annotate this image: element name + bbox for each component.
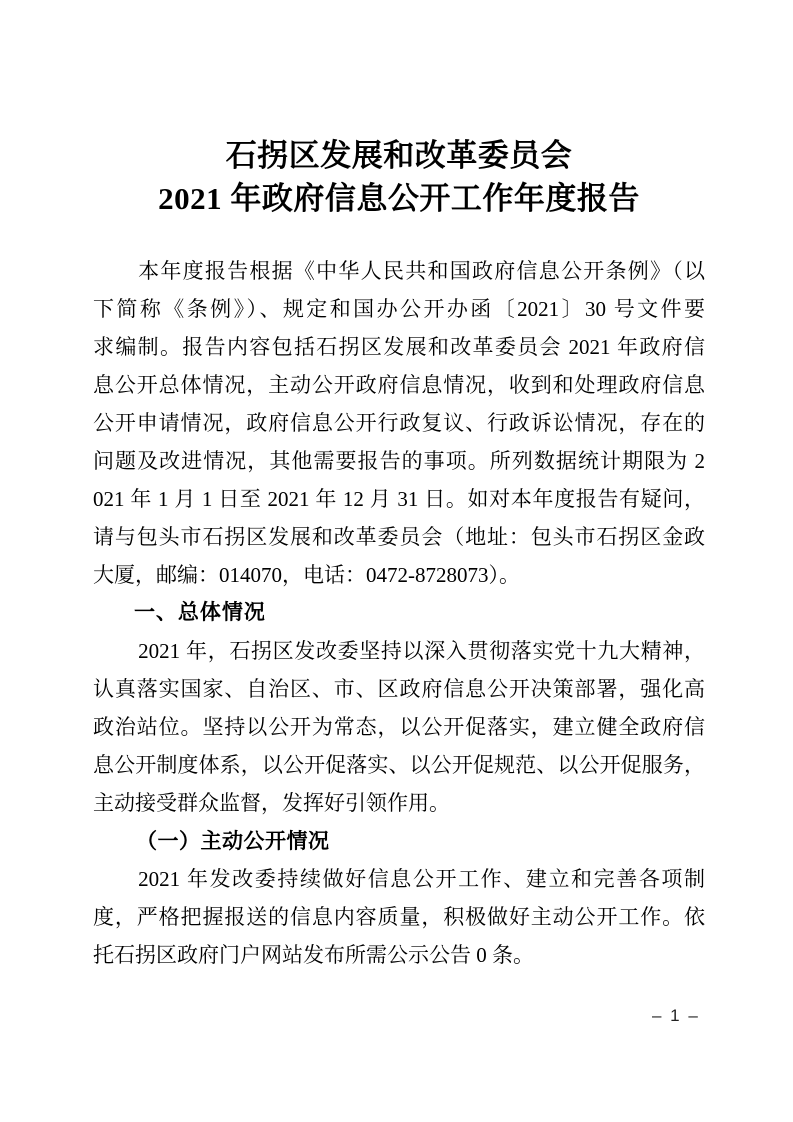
body-line: 本年度报告根据《中华人民共和国政府信息公开条例》（以 bbox=[93, 252, 705, 290]
body-line: 求编制。报告内容包括石拐区发展和改革委员会 2021 年政府信 bbox=[93, 328, 705, 366]
body-line: 问题及改进情况，其他需要报告的事项。所列数据统计期限为 2 bbox=[93, 442, 705, 480]
document-body: 本年度报告根据《中华人民共和国政府信息公开条例》（以 下简称《条例》）、规定和国… bbox=[93, 252, 705, 974]
subsection-heading-proactive-disclosure: （一）主动公开情况 bbox=[93, 822, 705, 860]
title-line-2: 2021 年政府信息公开工作年度报告 bbox=[93, 177, 705, 220]
body-line: 托石拐区政府门户网站发布所需公示公告 0 条。 bbox=[93, 936, 705, 974]
body-line: 主动接受群众监督，发挥好引领作用。 bbox=[93, 784, 705, 822]
section-heading-overall: 一、总体情况 bbox=[93, 594, 705, 632]
body-line: 认真落实国家、自治区、市、区政府信息公开决策部署，强化高 bbox=[93, 670, 705, 708]
page-number: – 1 – bbox=[652, 1006, 700, 1026]
body-line: 2021 年发改委持续做好信息公开工作、建立和完善各项制 bbox=[93, 860, 705, 898]
body-line: 政治站位。坚持以公开为常态，以公开促落实，建立健全政府信 bbox=[93, 708, 705, 746]
body-line: 下简称《条例》）、规定和国办公开办函〔2021〕30 号文件要 bbox=[93, 290, 705, 328]
body-line: 度，严格把握报送的信息内容质量，积极做好主动公开工作。依 bbox=[93, 898, 705, 936]
body-line: 2021 年，石拐区发改委坚持以深入贯彻落实党十九大精神， bbox=[93, 632, 705, 670]
body-line: 请与包头市石拐区发展和改革委员会（地址：包头市石拐区金政 bbox=[93, 518, 705, 556]
document-page: 石拐区发展和改革委员会 2021 年政府信息公开工作年度报告 本年度报告根据《中… bbox=[0, 0, 793, 1122]
body-line: 公开申请情况，政府信息公开行政复议、行政诉讼情况，存在的 bbox=[93, 404, 705, 442]
body-line: 息公开制度体系，以公开促落实、以公开促规范、以公开促服务， bbox=[93, 746, 705, 784]
title-line-1: 石拐区发展和改革委员会 bbox=[93, 134, 705, 177]
body-line: 大厦，邮编：014070，电话：0472-8728073）。 bbox=[93, 556, 705, 594]
document-title: 石拐区发展和改革委员会 2021 年政府信息公开工作年度报告 bbox=[93, 134, 705, 220]
body-line: 021 年 1 月 1 日至 2021 年 12 月 31 日。如对本年度报告有… bbox=[93, 480, 705, 518]
body-line: 息公开总体情况，主动公开政府信息情况，收到和处理政府信息 bbox=[93, 366, 705, 404]
